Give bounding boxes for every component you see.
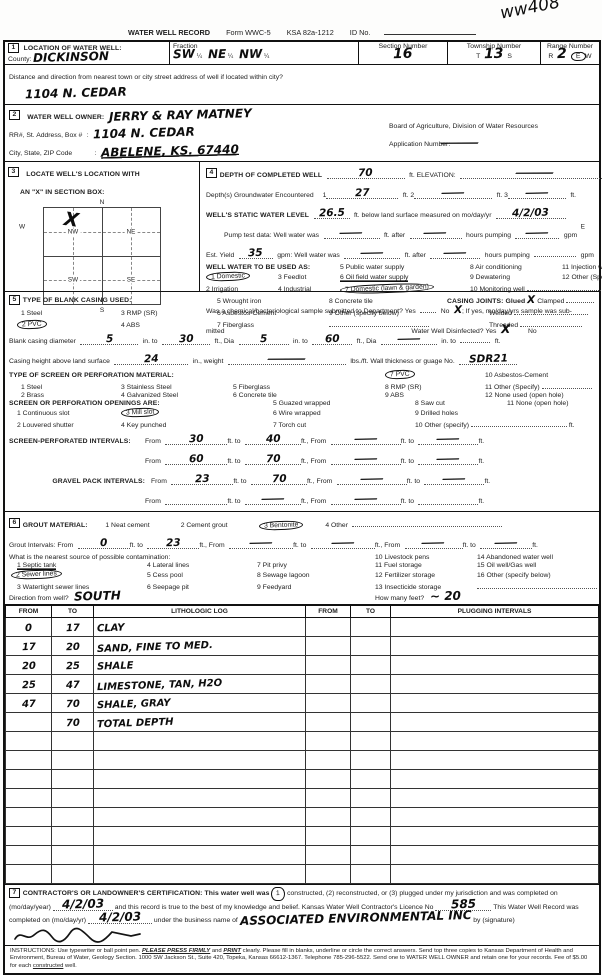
contam-sewer-lines-circled: 2 Sewer lines [11,569,62,580]
contam-cess-pool: 5 Cess pool [147,571,257,579]
screen-steel: 1 Steel [9,383,121,391]
from: From [145,498,161,505]
log-to: 70 [65,700,79,709]
casing-wrought-iron: 5 Wrought iron [217,297,329,305]
ft-to: ft. to [293,542,306,549]
address-value: 1104 N. CEDAR [93,128,195,140]
ft-to: ft. to [227,438,240,445]
locate-title-1: LOCATE WELL'S LOCATION WITH [26,171,140,178]
yield-m2: hours pumping [485,252,530,259]
ft-to: ft. to [233,478,246,485]
screen-galvanized: 4 Galvanized Steel [121,391,233,399]
pump-gpm: gpm [564,232,577,239]
grout-title: GROUT MATERIAL: [23,522,88,529]
use-air-conditioning: 8 Air conditioning [470,263,562,271]
form-number: Form WWC-5 [226,28,271,37]
yield-m1: ft. after [405,252,426,259]
pump-m1: ft. after [384,232,405,239]
pump-m2: hours pumping [466,232,511,239]
log-header-row: FROM TO LITHOLOGIC LOG FROM TO PLUGGING … [6,606,599,618]
diam-4: 60 [325,335,340,344]
gw-2-mark: — [440,189,466,199]
section-3-4-row: 3 LOCATE WELL'S LOCATION WITH AN "X" IN … [5,161,599,291]
section-5-casing: 5TYPE OF BLANK CASING USED: 5 Wrought ir… [5,291,599,511]
ft-to: ft. to [401,498,414,505]
board-text: Board of Agriculture, Division of Water … [389,123,538,130]
casing-title: TYPE OF BLANK CASING USED: [23,296,132,303]
log-to: 20 [65,643,79,652]
ft-to: ft. to [227,498,240,505]
form-header: WATER WELL RECORD Form WWC-5 KSA 82a-121… [128,27,476,37]
log-to: 47 [65,681,79,690]
spi-row1-from: 30 [189,435,204,444]
contam-feedyard: 9 Feedyard [257,583,375,591]
quarter-symbol: ¼ [228,53,233,60]
scan-id-handwriting: ww408 [499,0,560,19]
section-1-location: 1 LOCATION OF WATER WELL: County: DICKIN… [5,42,599,104]
range-east-circled: E [570,52,585,62]
casing-other: 9 Other (specify below) [329,309,447,317]
quadrant-se: SE [125,277,137,284]
from: From [145,458,161,465]
screen-other-blank [542,380,592,389]
owner-title: WATER WELL OWNER: [27,114,104,121]
compass-w: W [19,223,25,230]
log-row: 2547LIMESTONE, TAN, H2O [6,675,599,694]
weight-mark: — [266,355,309,364]
gi-from3: — [420,539,446,549]
log-to: 70 [65,719,79,728]
log-text: SHALE, GRAY [97,699,171,711]
elevation-mark: — [514,169,557,178]
casing-rmp: 3 RMP (SR) [121,309,217,317]
statute-ref: KSA 82a-1212 [287,28,334,37]
screen-rmp: 8 RMP (SR) [385,383,485,391]
spi-row2-from2: — [353,455,379,465]
depth-value: 70 [358,169,373,178]
use-monitoring-blank [527,282,602,291]
pump-test-label: Pump test data: Well water was [224,232,319,239]
diam-5-mark: — [396,335,422,345]
ft-from: ft., From [301,438,326,445]
log-header-log: LITHOLOGIC LOG [94,606,306,618]
lithologic-log-table: FROM TO LITHOLOGIC LOG FROM TO PLUGGING … [5,605,599,782]
openings-wire-wrapped: 6 Wire wrapped [273,409,415,417]
diam-m2: ft., Dia [214,338,234,345]
address-label: RR#, St. Address, Box # [9,132,82,139]
ft: ft. [484,478,490,485]
diam-1: 5 [106,335,114,344]
section-6-grout: 6GROUT MATERIAL: 1 Neat cement 2 Cement … [5,511,599,604]
colon: : [87,132,89,139]
section-6-badge: 6 [9,518,20,528]
casing-asbestos-cement: 6 Asbestos-Cement [217,309,329,317]
openings-other-blank [471,418,567,427]
use-public-water: 5 Public water supply [340,263,470,271]
gi-from: 0 [100,539,108,548]
plug-header-from: FROM [306,606,351,618]
log-row [6,751,599,770]
joints-glued-label: CASING JOINTS: Glued [447,298,525,305]
log-row: 2025SHALE [6,656,599,675]
section-box-dash [44,232,160,233]
screen-concrete-tile: 6 Concrete tile [233,391,385,399]
well-location-x: X [63,215,79,226]
contam-sewage-lagoon: 8 Sewage lagoon [257,571,375,579]
elevation-label: ft. ELEVATION: [409,172,456,179]
gi-to3: — [493,539,519,549]
direction-label: Direction from well? [9,595,69,602]
form-title: WATER WELL RECORD [128,28,210,37]
gpi-row1-to: 70 [272,475,287,484]
pump-v3: — [524,229,550,239]
joints-welded: Welded [489,310,512,317]
section-box-dash [131,208,132,304]
gw-1-value: 27 [355,189,370,198]
gw-3-label: ft. 3 [497,192,508,199]
joints-clamped: Clamped [537,298,564,305]
township-value: 13 [484,50,504,60]
screen-fiberglass: 5 Fiberglass [233,383,385,391]
ft: ft. [478,438,484,445]
contam-insecticide-storage: 13 Insecticide storage [375,583,477,591]
ft-to: ft. to [227,458,240,465]
screen-asbestos-cement: 10 Asbestos-Cement [485,371,595,379]
casing-height-label: Casing height above land surface [9,358,110,365]
log-from: 25 [21,681,35,690]
section-3-locate: 3 LOCATE WELL'S LOCATION WITH AN "X" IN … [5,162,200,291]
use-label: WELL WATER TO BE USED AS: [206,263,340,271]
contam-fuel-storage: 11 Fuel storage [375,561,477,569]
grout-neat-cement: 1 Neat cement [105,522,149,529]
grout-other: 4 Other [325,522,348,529]
openings-mill-slot-circled: 3 Mill slot [121,407,160,417]
application-number-mark: — [439,139,482,148]
depth-label: DEPTH OF COMPLETED WELL [220,172,322,179]
diam-2: 30 [179,335,194,344]
township-t: T [476,53,480,60]
ft-to: ft. to [401,438,414,445]
log-to: 25 [65,662,79,671]
range-r: R [548,53,553,60]
static-level-label: WELL'S STATIC WATER LEVEL [206,212,309,219]
openings-louvered: 2 Louvered shutter [9,421,121,429]
yield-blank [534,248,576,257]
fraction-cell: Fraction SW ¼ NE ¼ NW ¼ [170,42,359,64]
use-options: WELL WATER TO BE USED AS: 5 Public water… [202,263,602,293]
openings-key-punched: 4 Key punched [121,421,273,429]
grout-intervals-label: Grout Intervals: From [9,542,73,549]
ft: ft. [478,498,484,505]
section-2-badge: 2 [9,110,20,120]
casing-fiberglass: 7 Fiberglass [217,321,329,329]
log-header-to: TO [52,606,94,618]
log-text: SHALE [97,661,134,671]
ft-to: ft. to [463,542,476,549]
contam-other-blank [477,580,597,589]
spi-row1-from2: — [353,435,379,445]
section-number-value: 16 [393,50,413,60]
log-text: CLAY [97,624,125,634]
id-no-label: ID No. [350,28,371,37]
from: From [145,438,161,445]
ft-from: ft., From [375,542,400,549]
section-2-owner: 2 WATER WELL OWNER: JERRY & RAY MATNEY R… [5,104,599,161]
grout-cement-grout: 2 Cement grout [181,522,228,529]
log-row [6,732,599,751]
openings-other-ft: ft. [569,422,575,429]
spi-row1-to2: — [435,435,461,445]
spi-row2-to: 70 [266,455,281,464]
log-from: 17 [21,643,35,652]
spi-row2-from: 60 [189,455,204,464]
spi-row1-to: 40 [266,435,281,444]
city-value: ABELENE, KS. 67440 [101,145,239,159]
ft-from: ft., From [301,458,326,465]
from: From [151,478,167,485]
log-text: SAND, FINE TO MED. [97,641,213,654]
log-text: LIMESTONE, TAN, H2O [97,679,222,692]
screen-abs: 9 ABS [385,391,485,399]
casing-abs: 4 ABS [121,321,217,329]
casing-height-value: 24 [144,355,159,364]
use-feedlot: 3 Feedlot [278,273,340,281]
log-text: TOTAL DEPTH [97,718,174,730]
use-injection-well: 11 Injection well [562,263,602,271]
plug-header-intervals: PLUGGING INTERVALS [391,606,599,618]
contam-seepage-pit: 6 Seepage pit [147,583,257,591]
weight-label: in., weight [193,358,224,365]
diam-3: 5 [260,335,268,344]
screen-title: TYPE OF SCREEN OR PERFORATION MATERIAL: [9,371,385,379]
log-header-from: FROM [6,606,52,618]
diam-blank [460,334,490,343]
yield-label: Est. Yield [206,252,234,259]
quarter-symbol: ¼ [197,53,202,60]
gi-to2: — [330,539,356,549]
casing-pvc-circled: 2 PVC [17,319,47,329]
screen-other: 11 Other (Specify) [485,384,540,391]
static-level-value: 26.5 [318,209,344,219]
grout-bentonite-circled: 3 Bentonite [259,520,304,531]
plug-header-to: TO [351,606,391,618]
openings-continuous-slot: 1 Continuous slot [9,409,121,417]
joints-threaded: Threaded [489,322,518,329]
township-s: S [507,53,512,60]
section-1-badge: 1 [8,43,19,53]
screen-none-used: 12 None used (open hole) [485,391,595,399]
locate-title-2: AN "X" IN SECTION BOX: [20,189,105,196]
ft-from: ft., From [199,542,224,549]
water-well-record-form: 1 LOCATION OF WATER WELL: County: DICKIN… [3,40,601,782]
ft: ft. [532,542,538,549]
log-row: 4770SHALE, GRAY [6,694,599,713]
contam-abandoned-well: 14 Abandoned water well [477,553,597,561]
screen-pvc-circled: 7 PVC [385,369,415,379]
feet-value: ~ 20 [430,591,461,601]
casing-concrete-tile: 8 Concrete tile [329,297,447,305]
id-no-blank [384,27,476,35]
contamination-options: What is the nearest source of possible c… [5,553,599,602]
yield-m0: gpm: Well water was [277,252,340,259]
openings-guazed: 5 Guazed wrapped [273,399,415,407]
distance-label: Distance and direction from nearest town… [9,74,283,81]
contam-livestock-pens: 10 Livestock pens [375,553,477,561]
use-domestic-circled: 1 Domestic [206,271,250,282]
ft-to: ft. to [407,478,420,485]
fraction-2: NE [208,50,226,59]
log-row: 017CLAY [6,618,599,637]
section-4-depth: 4DEPTH OF COMPLETED WELL 70 ft. ELEVATIO… [200,162,602,291]
section-3-badge: 3 [8,167,19,177]
ft-to: ft. to [130,542,143,549]
joints-glued-mark: X [527,295,535,304]
diam-in-to: in. to [143,338,158,345]
yield-v2: — [442,249,468,259]
diam-in-to-3: in. to [441,338,456,345]
fraction-3: NW [239,50,263,60]
section-number-cell: Section Number 16 [359,42,448,64]
feet-label: How many feet? [375,595,424,602]
ft-from: ft., From [307,478,332,485]
range-cell: Range Number R 2 EW [541,42,599,64]
openings-saw-cut: 8 Saw cut [415,399,507,407]
log-from: 20 [21,662,35,671]
log-to: 17 [65,624,79,633]
grout-other-blank [352,518,502,527]
casing-steel: 1 Steel [9,309,121,317]
diam-ft: ft. [495,338,501,345]
contam-pit-privy: 7 Pit privy [257,561,375,569]
openings-options: SCREEN OR PERFORATION OPENINGS ARE: 5 Gu… [5,399,599,429]
colon: : [94,150,96,157]
direction-value: SOUTH [74,591,121,601]
ft-to: ft. to [401,458,414,465]
yield-gpm: gpm [581,252,594,259]
agency-block: Board of Agriculture, Division of Water … [385,105,599,161]
range-west: W [585,53,591,60]
joints-threaded-blank [520,318,582,327]
log-row: 1720SAND, FINE TO MED. [6,637,599,656]
county-value: DICKINSON [33,52,109,63]
joints-welded-blank [514,306,588,315]
groundwater-label: Depth(s) Groundwater Encountered [206,192,314,199]
spi-row2-to2: — [435,455,461,465]
pump-v1: — [338,229,364,239]
casing-options: 5TYPE OF BLANK CASING USED: 5 Wrought ir… [5,293,599,329]
contam-oil-gas-well: 15 Oil well/Gas well [477,561,597,569]
ft: ft. [478,458,484,465]
range-value: 2 [557,50,567,59]
static-level-mid: ft. below land surface measured on mo/da… [354,212,492,219]
section-4-badge: 4 [206,168,217,178]
screen-material-options: TYPE OF SCREEN OR PERFORATION MATERIAL: … [5,369,599,399]
gpi-row2-to: — [260,495,286,505]
distance-row: Distance and direction from nearest town… [5,64,599,104]
log-from: 47 [21,700,35,709]
pump-v2: — [422,229,448,239]
use-oil-field-underlined: 6 Oil field water supply [340,274,408,282]
gw-3-mark: — [524,189,550,199]
spi-label: SCREEN-PERFORATED INTERVALS: [9,438,145,445]
contam-lateral-lines: 4 Lateral lines [147,561,257,569]
casing-other-blank [329,318,429,327]
section-box-hline [44,256,160,257]
ft-from: ft., From [301,498,326,505]
openings-none: 11 None (open hole) [507,399,595,407]
openings-other: 10 Other (specify) [415,422,469,429]
section-box-dash [44,280,160,281]
contam-fertilizer-storage: 12 Fertilizer storage [375,571,477,579]
fraction-1: SW [173,50,195,60]
joints-clamped-blank [566,294,594,303]
screen-brass: 2 Brass [9,391,121,399]
yield-value: 35 [248,249,263,258]
compass-n: N [8,199,196,206]
lithologic-log-section: FROM TO LITHOLOGIC LOG FROM TO PLUGGING … [5,604,599,782]
diameter-label: Blank casing diameter [9,338,76,345]
gpi-row1-from2: — [359,475,385,485]
contam-other: 16 Other (specify below) [477,571,597,579]
gauge-value: SDR21 [469,354,508,364]
gi-to: 23 [166,539,181,548]
county-cell: 1 LOCATION OF WATER WELL: County: DICKIN… [5,42,170,64]
gw-2-label: ft. 2 [403,192,414,199]
township-cell: Township Number T 13 S [448,42,541,64]
contamination-title: What is the nearest source of possible c… [9,553,375,561]
use-dewatering: 9 Dewatering [470,273,562,281]
use-other: 12 Other (Specify below) [562,273,602,281]
openings-torch-cut: 7 Torch cut [273,421,415,429]
gpi-row1-from: 23 [195,475,210,484]
gpi-row2-from2: — [353,495,379,505]
openings-drilled-holes: 9 Drilled holes [415,409,595,417]
log-from: 0 [25,624,32,633]
county-label: County: [8,56,31,63]
quarter-symbol: ¼ [264,53,269,60]
section-5-badge: 5 [9,295,20,305]
gpi-label: GRAVEL PACK INTERVALS: [9,478,151,485]
compass-e: E [581,223,585,230]
gpi-row1-to2: — [441,475,467,485]
owner-block: 2 WATER WELL OWNER: JERRY & RAY MATNEY R… [5,105,385,161]
gauge-label: lbs./ft. Wall thickness or guage No. [350,358,454,365]
log-row: 70TOTAL DEPTH [6,713,599,732]
quadrant-sw: SW [66,277,80,284]
range-label: Range Number [547,43,593,50]
log-row [6,770,599,783]
owner-value: JERRY & RAY MATNEY [109,109,252,122]
diam-in-to-2: in. to [293,338,308,345]
measured-date: 4/2/03 [512,209,549,219]
gw-ft: ft. [570,192,576,199]
yield-v1: — [359,249,385,259]
distance-value: 1104 N. CEDAR [25,88,127,100]
city-label: City, State, ZIP Code [9,150,72,157]
quadrant-ne: NE [125,229,138,236]
gi-from2: — [248,539,274,549]
screen-stainless: 3 Stainless Steel [121,383,233,391]
openings-title: SCREEN OR PERFORATION OPENINGS ARE: [9,399,273,407]
diam-m4: ft., Dia [357,338,377,345]
